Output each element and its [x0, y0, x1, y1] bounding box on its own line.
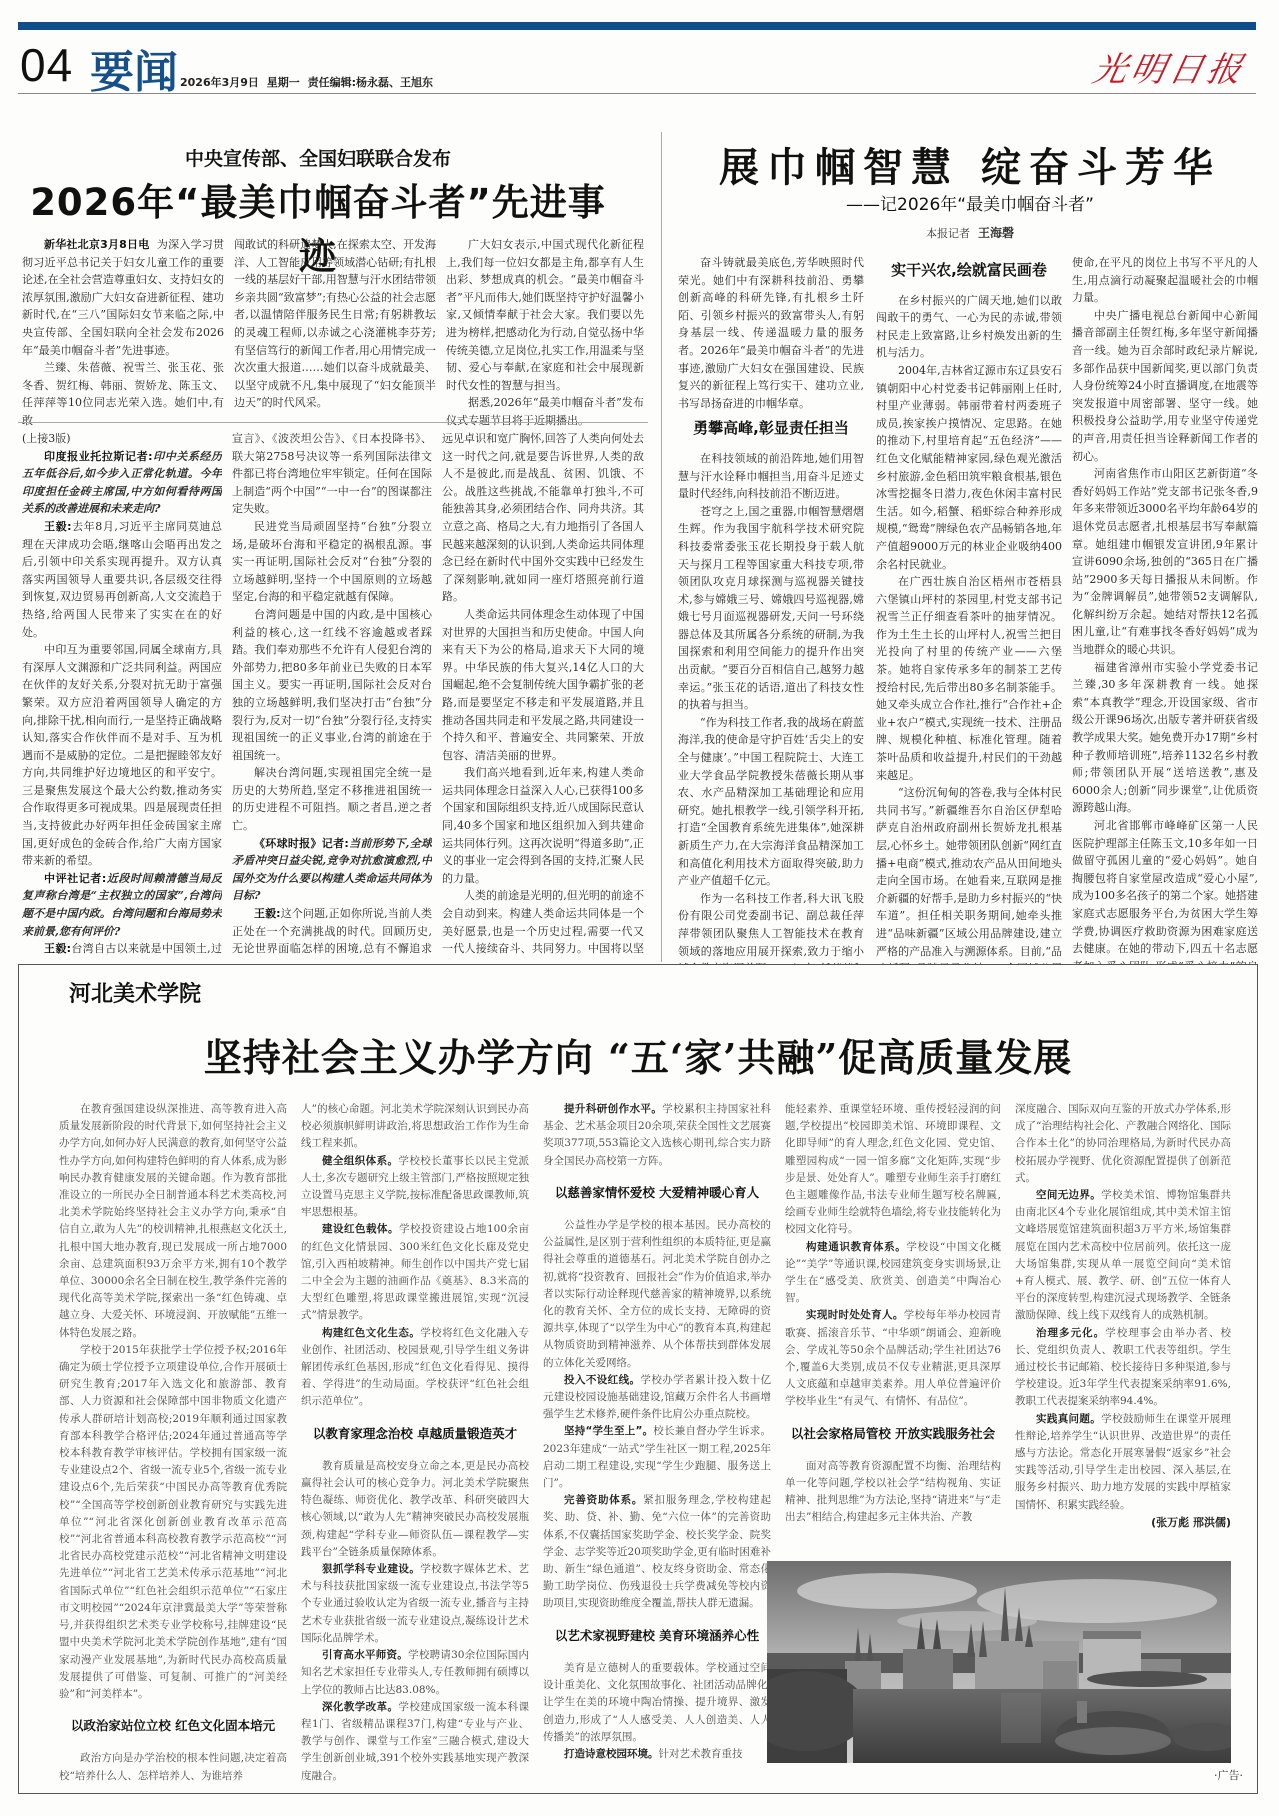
masthead: 04 要闻 2026年3月9日 星期一 责任编辑:杨永磊、王旭东 光明日报	[18, 32, 1256, 94]
ad-label: ·广告·	[1214, 1767, 1243, 1783]
ad-col-1: 在教育强国建设纵深推进、高等教育进入高质量发展新阶段的时代背景下,如何坚持社会主…	[59, 1101, 287, 1781]
campus-panorama-image	[767, 1561, 1231, 1763]
issue-date: 2026年3月9日	[180, 76, 259, 89]
continued-from: (上接3版)	[22, 430, 222, 448]
ad-subhead: 以政治家站位立校 红色文化固本培元	[59, 1717, 287, 1734]
lead-col-3: 广大妇女表示,中国式现代化新征程上,我们每一位妇女都是主角,都享有人生出彩、梦想…	[446, 236, 644, 430]
feature-subhead: 勇攀高峰,彰显责任担当	[678, 420, 864, 438]
ad-col-4: 能轻素养、重课堂轻环境、重传授轻浸润的问题,学校提出“校园即美术馆、环境即课程、…	[785, 1101, 1001, 1551]
feature-col-1: 奋斗铸就最美底色,芳华映照时代荣光。她们中有深耕科技前沿、勇攀创新高峰的科研先锋…	[678, 254, 864, 964]
feature-col-2: 实干兴农,绘就富民画卷 在乡村振兴的广阔天地,她们以敢闯敢干的勇气、一心为民的赤…	[876, 254, 1062, 964]
advertisement: 河北美术学院 坚持社会主义办学方向 “五‘家’共融”促高质量发展 在教育强国建设…	[18, 964, 1258, 1794]
feature-title: 展巾帼智慧 绽奋斗芳华	[690, 136, 1250, 193]
press-col-1: (上接3版) 印度报业托拉斯记者:印中关系经历五年低谷后,如今步入正常化轨道。今…	[22, 430, 222, 960]
paragraph: 闯敢试的科研追梦人,在探索太空、开发海洋、人工智能应用等领域潜心钻研;有扎根一线…	[234, 236, 436, 412]
ad-col-5: 深度融合、国际双向互鉴的开放式办学体系,形成了“治理结构社会化、产教融合网络化、…	[1015, 1101, 1231, 1551]
editors: 责任编辑:杨永磊、王旭东	[308, 76, 433, 89]
masthead-top-bar	[18, 22, 1256, 30]
ad-col-2: 人”的核心命题。河北美术学院深刻认识到民办高校必须旗帜鲜明讲政治,将思想政治工作…	[301, 1101, 529, 1781]
paragraph: 据悉,2026年“最美巾帼奋斗者”发布仪式专题节目将于近期播出。	[446, 394, 644, 429]
ad-subhead: 以慈善家情怀爱校 大爱精神暖心育人	[543, 1184, 771, 1201]
lead-kicker: 中央宣传部、全国妇联联合发布	[18, 144, 618, 171]
paragraph: 兰臻、朱蓓薇、祝雪兰、张玉花、张冬香、贺红梅、韩丽、贺娇龙、陈玉文、任萍萍等10…	[22, 359, 224, 429]
section-name: 要闻	[90, 36, 178, 100]
feature-subhead: 实干兴农,绘就富民画卷	[876, 262, 1062, 280]
newspaper-logo: 光明日报	[1089, 42, 1251, 91]
feature-col-3: 使命,在平凡的岗位上书写不平凡的人生,用点滴行动凝聚起温暖社会的巾帼力量。 中央…	[1072, 254, 1258, 964]
masthead-meta: 2026年3月9日 星期一 责任编辑:杨永磊、王旭东	[180, 74, 433, 90]
lead-col-2: 闯敢试的科研追梦人,在探索太空、开发海洋、人工智能应用等领域潜心钻研;有扎根一线…	[234, 236, 436, 412]
campus-photo	[767, 1561, 1231, 1763]
press-col-3: 远见卓识和宽广胸怀,回答了人类向何处去这一时代之问,就是要告诉世界,人类的敌人不…	[442, 430, 644, 960]
ad-col-3: 提升科研创作水平。学校累积主持国家社科基金、艺术基金项目20余项,荣获全国性文艺…	[543, 1101, 771, 1781]
feature-subtitle: ——记2026年“最美巾帼奋斗者”	[690, 190, 1250, 215]
paragraph: 广大妇女表示,中国式现代化新征程上,我们每一位妇女都是主角,都享有人生出彩、梦想…	[446, 236, 644, 394]
ad-organization: 河北美术学院	[69, 977, 201, 1008]
byline: 本报记者王海磬	[690, 224, 1250, 241]
lead-col-1: 新华社北京3月8日电 为深入学习贯彻习近平总书记关于妇女儿童工作的重要论述,在全…	[22, 236, 224, 430]
page-number: 04	[20, 38, 73, 92]
dateline: 新华社北京3月8日电	[44, 238, 149, 251]
issue-weekday: 星期一	[267, 76, 300, 89]
ad-subhead: 以社会家格局管校 开放实践服务社会	[785, 1425, 1001, 1442]
column-divider	[661, 132, 662, 962]
ad-credit: (张万彪 邢洪儒)	[1015, 1514, 1231, 1531]
divider	[18, 422, 648, 423]
ad-subhead: 以艺术家视野建校 美育环境涵养心性	[543, 1627, 771, 1644]
ad-title: 坚持社会主义办学方向 “五‘家’共融”促高质量发展	[19, 1027, 1257, 1082]
ad-subhead: 以教育家理念治校 卓越质量锻造英才	[301, 1425, 529, 1442]
press-col-2: 宣言》、《波茨坦公告》、《日本投降书》、联大第2758号决议等一系列国际法律文件…	[232, 430, 432, 960]
